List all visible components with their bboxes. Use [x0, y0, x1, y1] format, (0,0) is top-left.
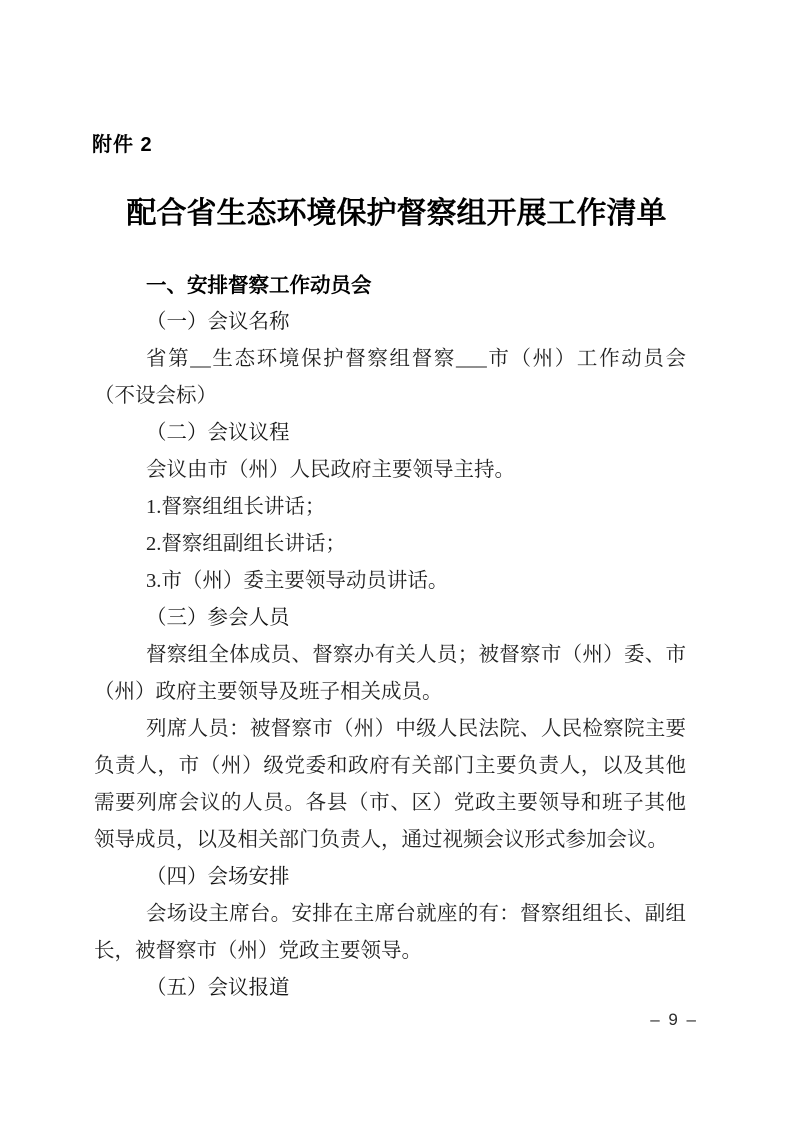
page-number: – 9 –	[650, 1010, 698, 1030]
paragraph: 督察组全体成员、督察办有关人员；被督察市（州）委、市（州）政府主要领导及班子相关…	[94, 637, 686, 711]
subsection-heading: （五）会议报道	[94, 970, 686, 1007]
numbered-item: 1.督察组组长讲话；	[94, 489, 686, 526]
section-heading: 一、安排督察工作动员会	[94, 267, 686, 304]
numbered-item: 3.市（州）委主要领导动员讲话。	[94, 563, 686, 600]
attachment-label: 附件 2	[92, 128, 153, 157]
subsection-heading: （一）会议名称	[94, 304, 686, 341]
paragraph: 列席人员：被督察市（州）中级人民法院、人民检察院主要负责人，市（州）级党委和政府…	[94, 711, 686, 859]
document-title: 配合省生态环境保护督察组开展工作清单	[0, 188, 793, 232]
paragraph: 省第__生态环境保护督察组督察___市（州）工作动员会（不设会标）	[94, 341, 686, 415]
subsection-heading: （二）会议议程	[94, 415, 686, 452]
document-body: 一、安排督察工作动员会 （一）会议名称 省第__生态环境保护督察组督察___市（…	[94, 267, 686, 1007]
paragraph: 会场设主席台。安排在主席台就座的有：督察组组长、副组长，被督察市（州）党政主要领…	[94, 896, 686, 970]
document-page: 附件 2 配合省生态环境保护督察组开展工作清单 一、安排督察工作动员会 （一）会…	[0, 0, 793, 1122]
subsection-heading: （四）会场安排	[94, 859, 686, 896]
subsection-heading: （三）参会人员	[94, 600, 686, 637]
paragraph: 会议由市（州）人民政府主要领导主持。	[94, 452, 686, 489]
numbered-item: 2.督察组副组长讲话；	[94, 526, 686, 563]
